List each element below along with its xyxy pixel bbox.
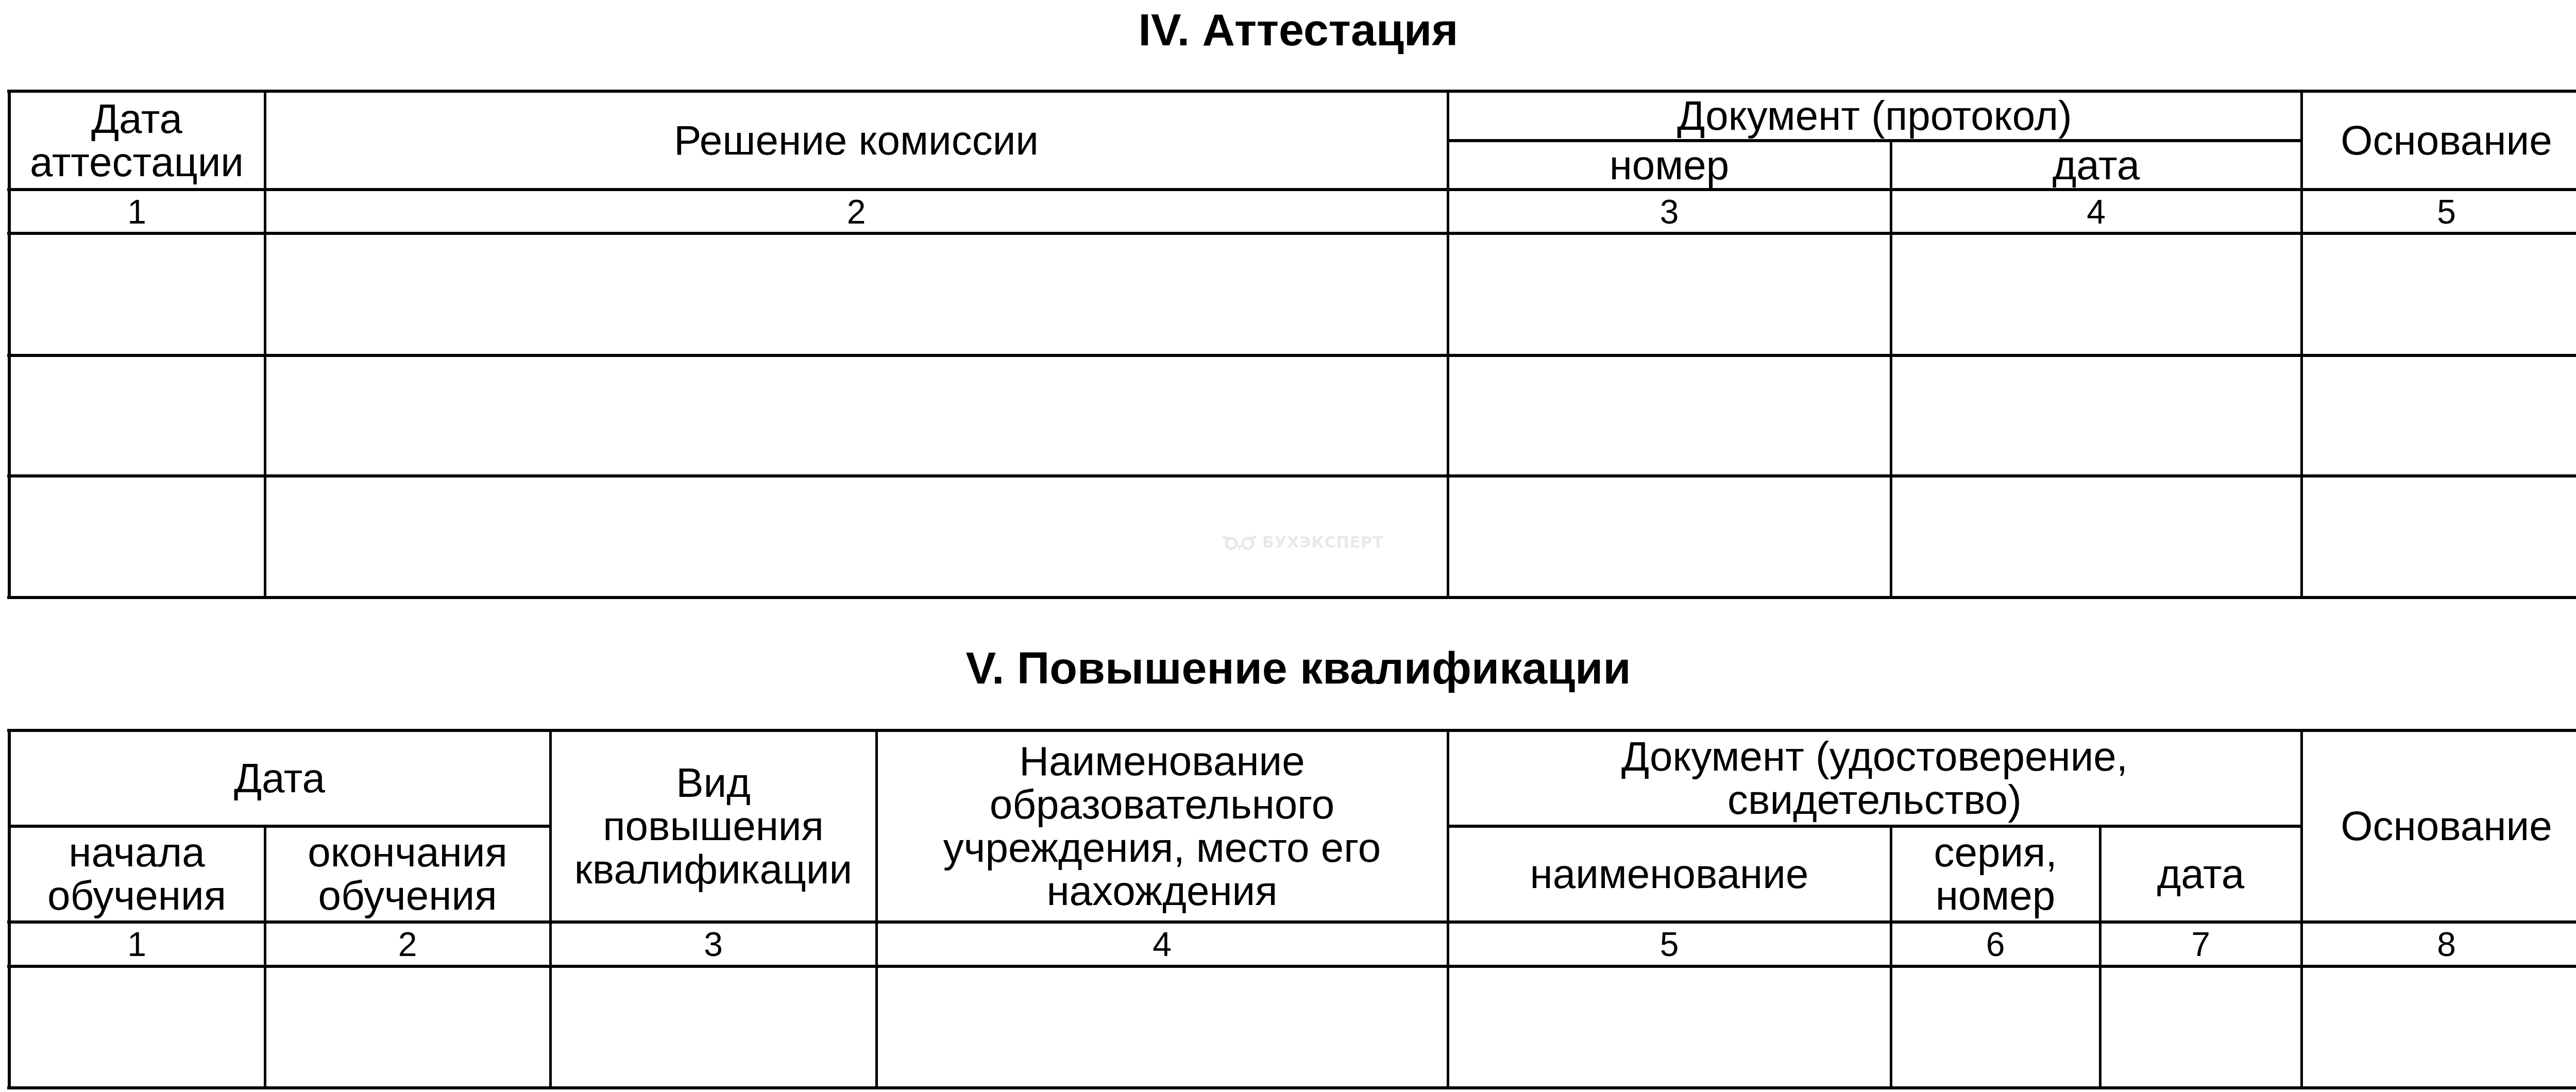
header-decision: Решение комиссии — [265, 91, 1448, 190]
attestation-cell-r2-c2[interactable] — [265, 355, 1448, 476]
column-number-2: 2 — [265, 190, 1448, 233]
attestation-cell-r2-c3[interactable] — [1448, 355, 1891, 476]
header-doc-date: дата — [1891, 141, 2301, 190]
column-number-3-text: 3 — [1660, 195, 1679, 229]
header-document-group: Документ (удостоверение, свидетельство) — [1525, 730, 2224, 826]
header-doc-number-text: номер — [1609, 144, 1730, 187]
header-training-type: Вид повышения квалификации — [561, 730, 866, 922]
column-number-5: 5 — [1448, 922, 1891, 966]
qualification-cell-r1-c8[interactable] — [2301, 966, 2576, 1088]
header-decision-text: Решение комиссии — [674, 119, 1039, 162]
qualification-cell-r1-c4[interactable] — [876, 966, 1448, 1088]
attestation-cell-r3-c3[interactable] — [1448, 476, 1891, 598]
header-institution: Наименование образовательного учреждения… — [897, 730, 1427, 922]
attestation-cell-r1-c2[interactable] — [265, 233, 1448, 355]
column-number-4: 4 — [876, 922, 1448, 966]
header-start-date-text: начала обучения — [9, 831, 265, 917]
header-training-type-text: Вид повышения квалификации — [561, 761, 866, 891]
attestation-cell-r2-c4[interactable] — [1891, 355, 2301, 476]
column-number-1: 1 — [9, 922, 265, 966]
qualification-cell-r1-c7[interactable] — [2100, 966, 2301, 1088]
column-number-7: 7 — [2100, 922, 2301, 966]
column-number-4: 4 — [1891, 190, 2301, 233]
header-basis: Основание — [2301, 730, 2576, 922]
header-institution-text: Наименование образовательного учреждения… — [897, 740, 1427, 913]
column-number-6-text: 6 — [1986, 927, 2005, 961]
header-document-group-text: Документ (удостоверение, свидетельство) — [1525, 735, 2224, 822]
section-title-qualification: V. Повышение квалификации — [0, 645, 2576, 691]
column-number-3-text: 3 — [704, 927, 723, 961]
header-date-group: Дата — [9, 730, 550, 826]
column-number-4-text: 4 — [1153, 927, 1172, 961]
section-title-attestation: IV. Аттестация — [0, 7, 2576, 53]
header-end-date-text: окончания обучения — [265, 831, 550, 917]
header-doc-name-text: наименование — [1530, 852, 1809, 896]
watermark-text: БУХЭКСПЕРТ — [1262, 534, 1384, 552]
qualification-cell-r1-c6[interactable] — [1891, 966, 2100, 1088]
column-number-2: 2 — [265, 922, 550, 966]
header-doc-name: наименование — [1448, 826, 1891, 922]
qualification-cell-r1-c2[interactable] — [265, 966, 550, 1088]
qualification-cell-r1-c5[interactable] — [1448, 966, 1891, 1088]
column-number-4-text: 4 — [2087, 195, 2106, 229]
attestation-cell-r1-c5[interactable] — [2301, 233, 2576, 355]
header-doc-series: серия, номер — [1911, 826, 2079, 922]
header-end-date: окончания обучения — [265, 826, 550, 922]
header-basis: Основание — [2301, 91, 2576, 190]
header-start-date: начала обучения — [9, 826, 265, 922]
qualification-cell-r1-c3[interactable] — [550, 966, 876, 1088]
column-number-3: 3 — [550, 922, 876, 966]
header-doc-series-text: серия, номер — [1911, 831, 2079, 917]
attestation-cell-r3-c4[interactable] — [1891, 476, 2301, 598]
attestation-cell-r2-c1[interactable] — [9, 355, 265, 476]
attestation-cell-r1-c1[interactable] — [9, 233, 265, 355]
column-number-8: 8 — [2301, 922, 2576, 966]
header-doc-date-text: дата — [2053, 144, 2140, 187]
header-basis-text: Основание — [2341, 119, 2552, 162]
header-document-group: Документ (протокол) — [1448, 91, 2301, 141]
column-number-8-text: 8 — [2437, 927, 2456, 961]
header-date-group-text: Дата — [234, 757, 325, 800]
header-basis-text: Основание — [2341, 805, 2552, 848]
column-number-2-text: 2 — [398, 927, 417, 961]
header-date: Дата аттестации — [9, 91, 265, 190]
header-doc-date-text: дата — [2157, 852, 2245, 896]
attestation-cell-r3-c1[interactable] — [9, 476, 265, 598]
column-number-5-text: 5 — [2437, 195, 2456, 229]
column-number-5: 5 — [2301, 190, 2576, 233]
column-number-1-text: 1 — [127, 927, 146, 961]
qualification-cell-r1-c1[interactable] — [9, 966, 265, 1088]
column-number-2-text: 2 — [847, 195, 866, 229]
column-number-1: 1 — [9, 190, 265, 233]
column-number-7-text: 7 — [2191, 927, 2210, 961]
header-date-text: Дата аттестации — [9, 97, 265, 184]
attestation-cell-r1-c4[interactable] — [1891, 233, 2301, 355]
attestation-cell-r3-c5[interactable] — [2301, 476, 2576, 598]
column-number-5-text: 5 — [1660, 927, 1679, 961]
attestation-cell-r2-c5[interactable] — [2301, 355, 2576, 476]
watermark: БУХЭКСПЕРТ — [1222, 534, 1384, 552]
attestation-cell-r1-c3[interactable] — [1448, 233, 1891, 355]
header-doc-number: номер — [1448, 141, 1891, 190]
column-number-3: 3 — [1448, 190, 1891, 233]
header-doc-date: дата — [2100, 826, 2301, 922]
owl-logo-icon — [1222, 534, 1257, 552]
header-document-group-text: Документ (протокол) — [1677, 94, 2072, 138]
column-number-1-text: 1 — [127, 195, 146, 229]
column-number-6: 6 — [1891, 922, 2100, 966]
